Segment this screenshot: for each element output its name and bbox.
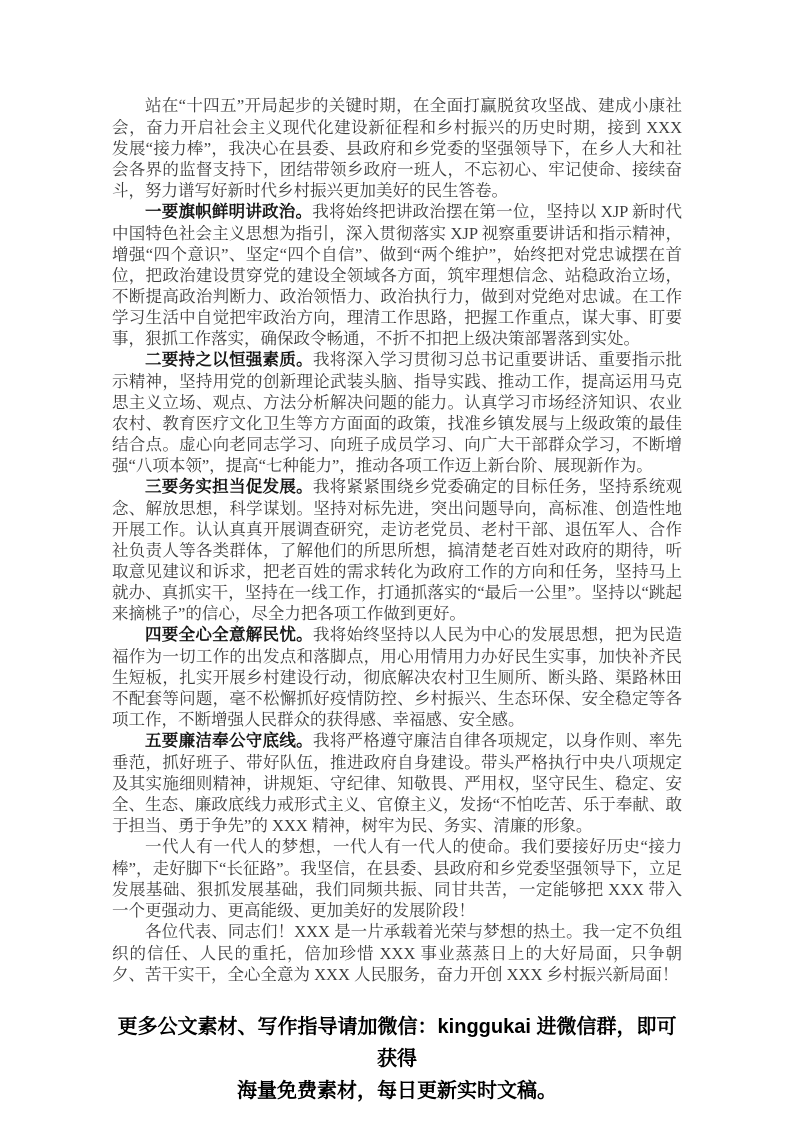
paragraph-text: 一代人有一代人的梦想，一代人有一代人的使命。我们要接好历史“接力棒”，走好脚下“… xyxy=(112,837,682,920)
paragraph-closing-pledge: 各位代表、同志们！XXX 是一片承载着光荣与梦想的热土。我一定不负组织的信任、人… xyxy=(112,921,682,985)
section-heading: 四要全心全意解民忧。 xyxy=(145,626,313,644)
section-heading: 二要持之以恒强素质。 xyxy=(145,351,313,369)
paragraph-text: 各位代表、同志们！XXX 是一片承载着光荣与梦想的热土。我一定不负组织的信任、人… xyxy=(112,922,682,984)
promo-footer: 更多公文素材、写作指导请加微信：kinggukai 进微信群，即可获得 海量免费… xyxy=(112,1011,682,1107)
paragraph-intro: 站在“十四五”开局起步的关键时期，在全面打赢脱贫攻坚战、建成小康社会，奋力开启社… xyxy=(112,95,682,201)
paragraph-section-1-politics: 一要旗帜鲜明讲政治。我将始终把讲政治摆在第一位，坚持以 XJP 新时代中国特色社… xyxy=(112,201,682,349)
paragraph-section-2-quality: 二要持之以恒强素质。我将深入学习贯彻习总书记重要讲话、重要指示批示精神，坚持用党… xyxy=(112,349,682,476)
section-heading: 一要旗帜鲜明讲政治。 xyxy=(145,203,312,221)
paragraph-text: 我将始终把讲政治摆在第一位，坚持以 XJP 新时代中国特色社会主义思想为指引，深… xyxy=(112,202,682,348)
paragraph-text: 我将紧紧围绕乡党委确定的目标任务，坚持系统观念、解放思想，科学谋划。坚持对标先进… xyxy=(112,477,682,623)
section-heading: 五要廉洁奉公守底线。 xyxy=(145,732,313,750)
paragraph-text: 站在“十四五”开局起步的关键时期，在全面打赢脱贫攻坚战、建成小康社会，奋力开启社… xyxy=(112,96,682,200)
promo-footer-line2: 海量免费素材，每日更新实时文稿。 xyxy=(112,1075,682,1107)
paragraph-section-4-livelihood: 四要全心全意解民忧。我将始终坚持以人民为中心的发展思想，把为民造福作为一切工作的… xyxy=(112,624,682,730)
document-content: 站在“十四五”开局起步的关键时期，在全面打赢脱贫攻坚战、建成小康社会，奋力开启社… xyxy=(112,95,682,1107)
promo-footer-line1: 更多公文素材、写作指导请加微信：kinggukai 进微信群，即可获得 xyxy=(112,1011,682,1075)
section-heading: 三要务实担当促发展。 xyxy=(145,478,313,496)
paragraph-section-3-development: 三要务实担当促发展。我将紧紧围绕乡党委确定的目标任务，坚持系统观念、解放思想，科… xyxy=(112,476,682,624)
document-page: 站在“十四五”开局起步的关键时期，在全面打赢脱贫攻坚战、建成小康社会，奋力开启社… xyxy=(0,0,793,1122)
paragraph-section-5-integrity: 五要廉洁奉公守底线。我将严格遵守廉洁自律各项规定，以身作则、率先垂范，抓好班子、… xyxy=(112,730,682,836)
paragraph-closing-vision: 一代人有一代人的梦想，一代人有一代人的使命。我们要接好历史“接力棒”，走好脚下“… xyxy=(112,836,682,921)
